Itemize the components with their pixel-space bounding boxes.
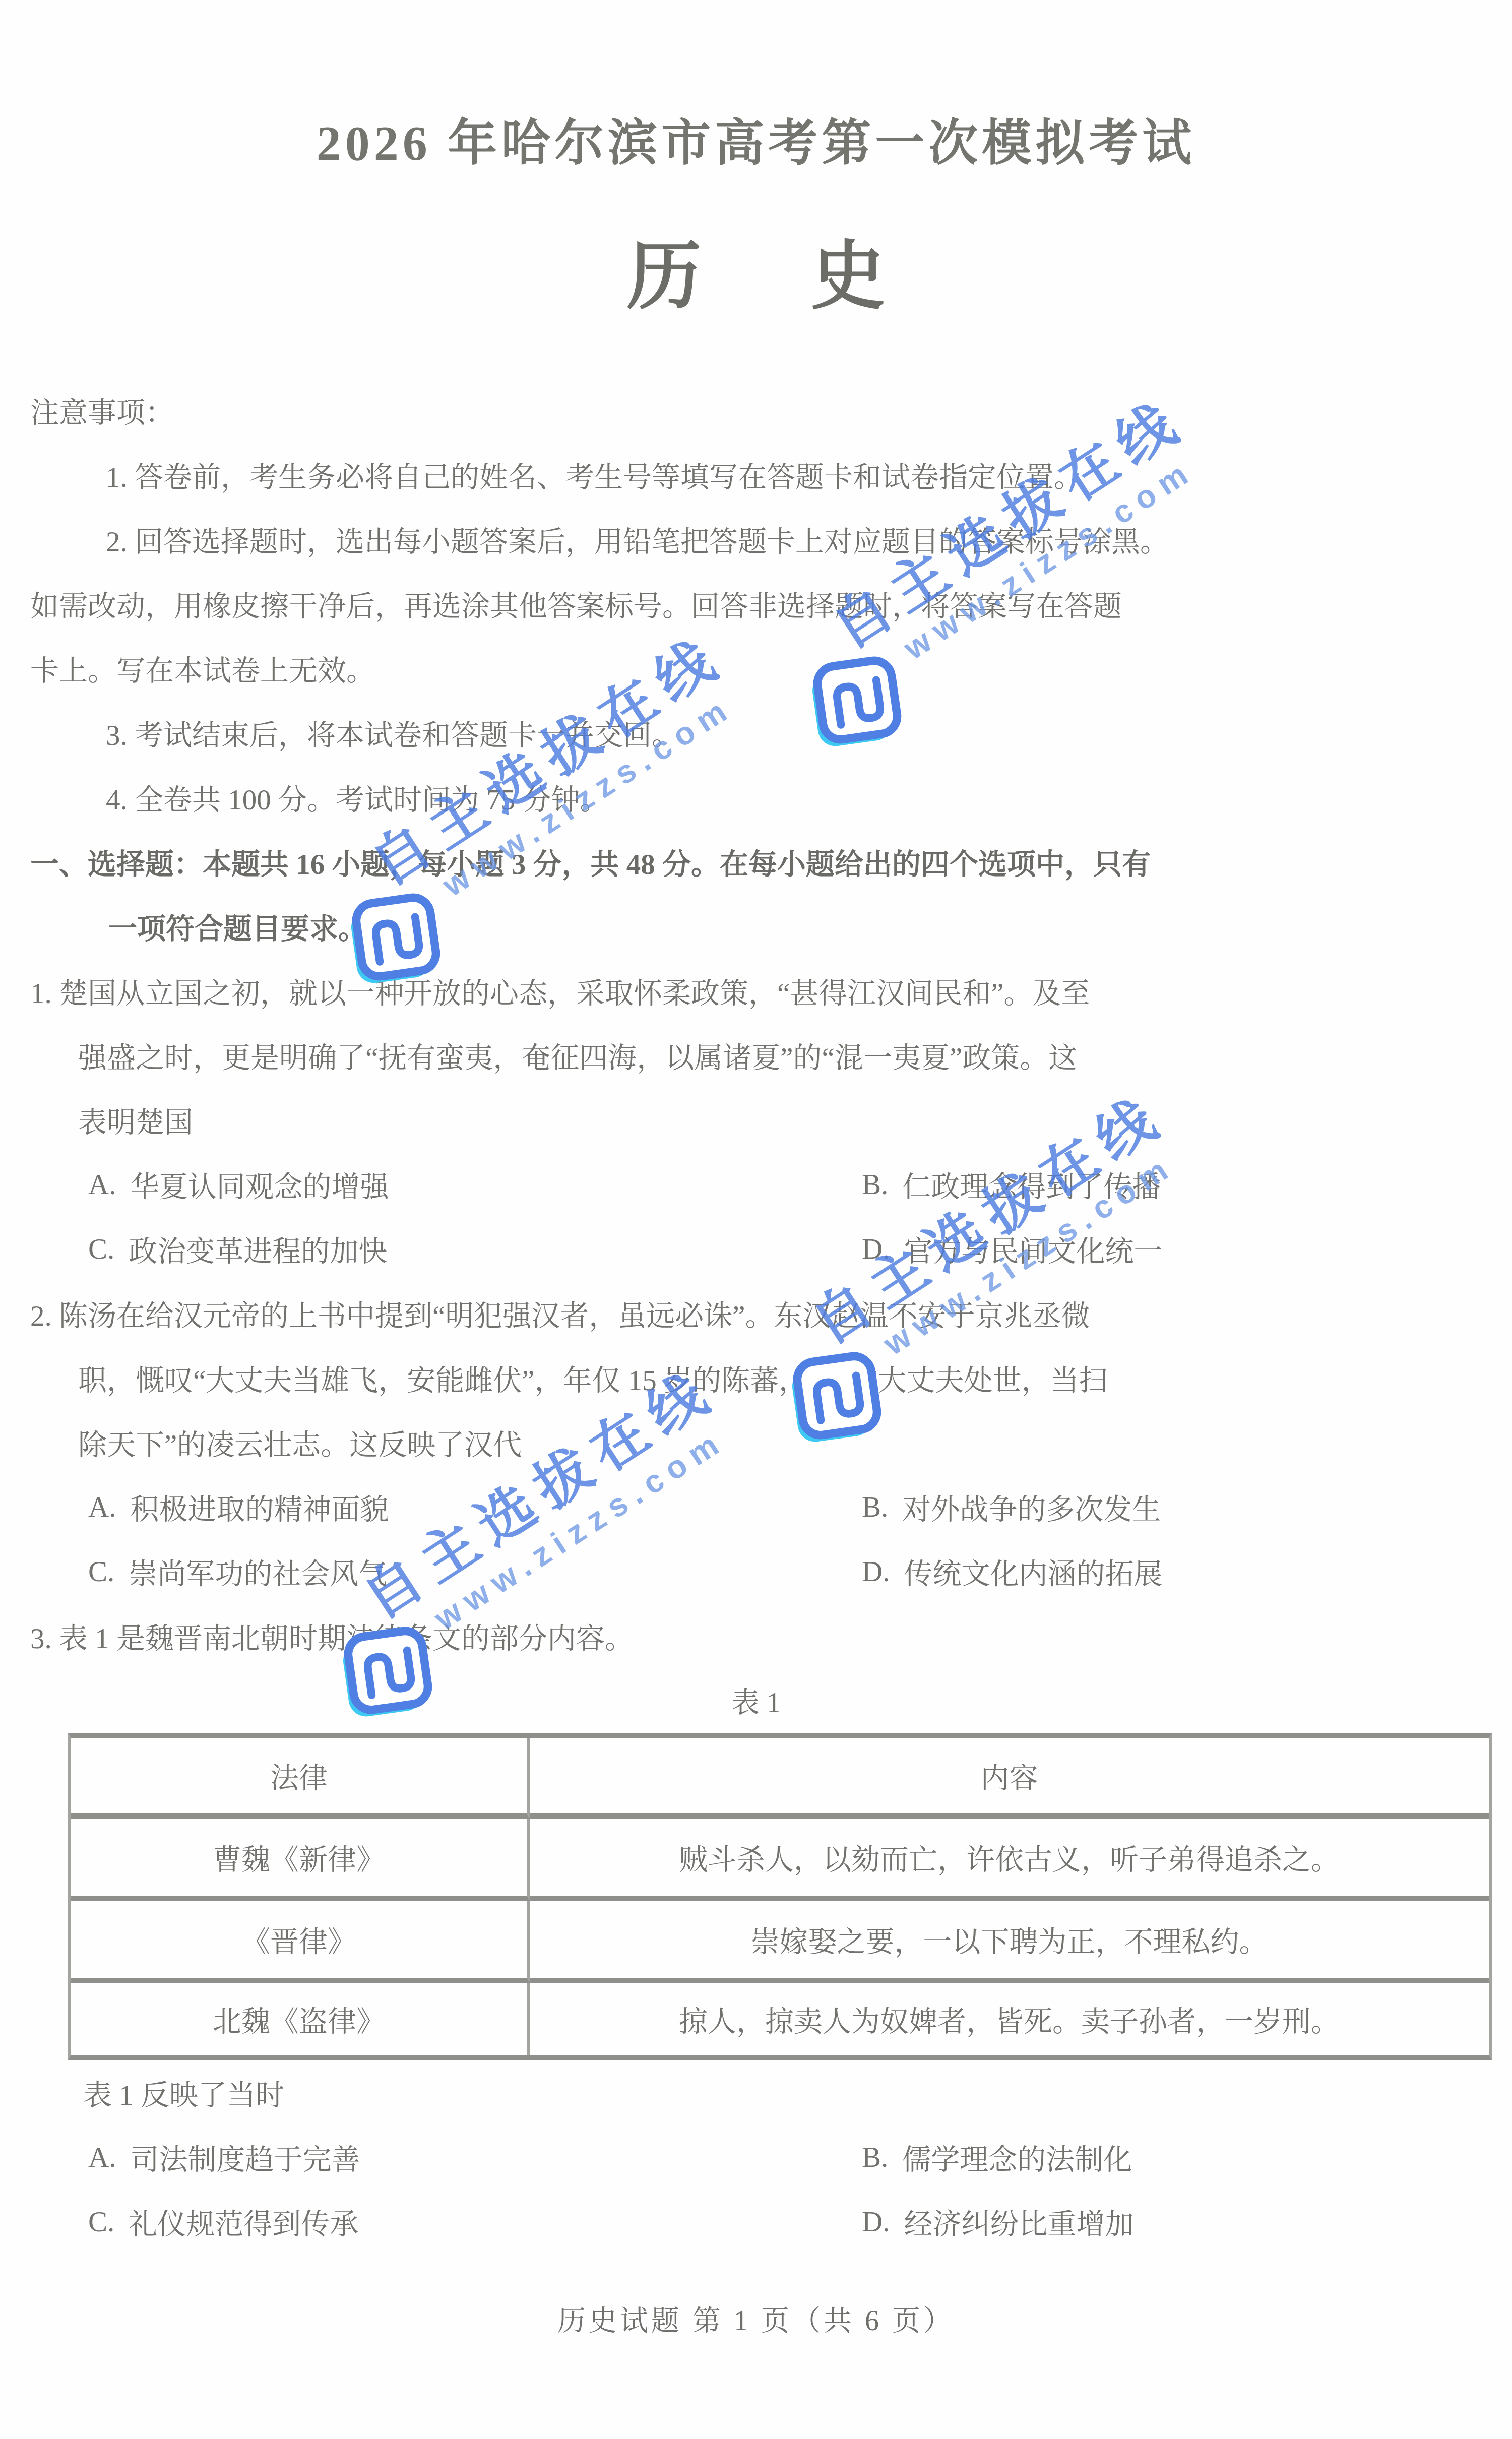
notice-item-2-line-2: 如需改动，用橡皮擦干净后，再选涂其他答案标号。回答非选择题时，将答案写在答题 — [30, 572, 1482, 636]
table-1-header-content: 内容 — [530, 1738, 1489, 1819]
question-1-line-2: 强盛之时，更是明确了“抚有蛮夷，奄征四海，以属诸夏”的“混一夷夏”政策。这 — [30, 1023, 1482, 1088]
question-2-option-c: C. 崇尚军功的社会风气 — [88, 1539, 387, 1604]
question-3-options-row-2: C. 礼仪规范得到传承 D. 经济纠纷比重增加 — [30, 2190, 1482, 2254]
exam-title: 2026 年哈尔滨市高考第一次模拟考试 — [0, 103, 1512, 174]
question-3-option-b: B. 儒学理念的法制化 — [862, 2125, 1132, 2190]
table-1: 法律 内容 曹魏《新律》 贼斗杀人，以劾而亡，许依古义，听子弟得追杀之。 《晋律… — [68, 1733, 1492, 2060]
option-text: 官方与民间文化统一 — [904, 1228, 1162, 1270]
exam-paper-page: 2026 年哈尔滨市高考第一次模拟考试 历 史 注意事项： 1. 答卷前，考生务… — [0, 0, 1512, 2439]
option-label: B. — [862, 2141, 888, 2174]
question-1-options-row-1: A. 华夏认同观念的增强 B. 仁政理念得到了传播 — [30, 1152, 1482, 1217]
option-text: 积极进取的精神面貌 — [130, 1486, 389, 1528]
question-2-option-d: D. 传统文化内涵的拓展 — [862, 1539, 1162, 1604]
question-1-option-b: B. 仁政理念得到了传播 — [862, 1152, 1161, 1217]
question-2-options-row-2: C. 崇尚军功的社会风气 D. 传统文化内涵的拓展 — [30, 1539, 1482, 1604]
option-label: D. — [862, 1233, 890, 1266]
question-1-option-a: A. 华夏认同观念的增强 — [88, 1152, 389, 1217]
question-3-options-row-1: A. 司法制度趋于完善 B. 儒学理念的法制化 — [30, 2125, 1482, 2190]
question-3-option-c: C. 礼仪规范得到传承 — [88, 2190, 358, 2254]
notice-item-3: 3. 考试结束后，将本试卷和答题卡一并交回。 — [30, 701, 1482, 765]
question-2-line-3: 除天下”的凌云壮志。这反映了汉代 — [30, 1410, 1482, 1475]
question-2-option-a: A. 积极进取的精神面貌 — [88, 1475, 389, 1539]
table-row-law: 北魏《盗律》 — [71, 1983, 530, 2055]
table-row-content: 崇嫁娶之要，一以下聘为正，不理私约。 — [530, 1901, 1489, 1983]
question-2-options-row-1: A. 积极进取的精神面貌 B. 对外战争的多次发生 — [30, 1475, 1482, 1539]
option-text: 政治变革进程的加快 — [129, 1228, 387, 1270]
option-text: 华夏认同观念的增强 — [130, 1164, 389, 1205]
notice-item-1: 1. 答卷前，考生务必将自己的姓名、考生号等填写在答题卡和试卷指定位置。 — [30, 443, 1482, 507]
notice-item-4: 4. 全卷共 100 分。考试时间为 75 分钟。 — [30, 765, 1482, 830]
option-text: 经济纠纷比重增加 — [904, 2201, 1133, 2242]
page-footer: 历史试题 第 1 页（共 6 页） — [0, 2298, 1512, 2339]
option-text: 仁政理念得到了传播 — [902, 1164, 1161, 1205]
question-2-line-2: 职，慨叹“大丈夫当雄飞，安能雌伏”，年仅 15 岁的陈蕃，也怀“大丈夫处世，当扫 — [30, 1346, 1482, 1410]
question-2-line-1: 2. 陈汤在给汉元帝的上书中提到“明犯强汉者，虽远必诛”。东汉赵温不安于京兆丞微 — [30, 1281, 1482, 1346]
table-row-law: 《晋律》 — [71, 1901, 530, 1983]
notice-item-2-line-1: 2. 回答选择题时，选出每小题答案后，用铅笔把答题卡上对应题目的答案标号涂黑。 — [30, 507, 1482, 572]
question-1-option-c: C. 政治变革进程的加快 — [88, 1217, 387, 1281]
table-row-content: 贼斗杀人，以劾而亡，许依古义，听子弟得追杀之。 — [530, 1819, 1489, 1901]
question-1-line-3: 表明楚国 — [30, 1088, 1482, 1152]
notice-heading: 注意事项： — [30, 378, 1482, 443]
option-label: B. — [862, 1168, 888, 1201]
option-text: 崇尚军功的社会风气 — [129, 1551, 387, 1592]
option-label: B. — [862, 1491, 888, 1524]
table-1-caption: 表 1 — [30, 1668, 1482, 1733]
option-label: A. — [88, 2141, 116, 2174]
table-row-law: 曹魏《新律》 — [71, 1819, 530, 1901]
table-1-header-law: 法律 — [71, 1738, 530, 1819]
notice-item-2-line-3: 卡上。写在本试卷上无效。 — [30, 636, 1482, 701]
option-label: C. — [88, 2206, 114, 2238]
exam-body: 注意事项： 1. 答卷前，考生务必将自己的姓名、考生号等填写在答题卡和试卷指定位… — [30, 378, 1482, 2254]
option-label: A. — [88, 1168, 116, 1201]
option-label: D. — [862, 2206, 890, 2238]
question-1-options-row-2: C. 政治变革进程的加快 D. 官方与民间文化统一 — [30, 1217, 1482, 1281]
section-1-heading-line-2: 一项符合题目要求。 — [30, 894, 1482, 959]
option-label: A. — [88, 1491, 116, 1524]
question-3-option-d: D. 经济纠纷比重增加 — [862, 2190, 1133, 2254]
option-text: 礼仪规范得到传承 — [129, 2201, 358, 2242]
option-label: D. — [862, 1555, 890, 1588]
subject-title: 历 史 — [0, 217, 1512, 324]
question-3-after-table: 表 1 反映了当时 — [30, 2060, 1482, 2125]
option-label: C. — [88, 1233, 114, 1266]
section-1-heading-line-1: 一、选择题：本题共 16 小题，每小题 3 分，共 48 分。在每小题给出的四个… — [30, 830, 1482, 894]
question-1-line-1: 1. 楚国从立国之初，就以一种开放的心态，采取怀柔政策，“甚得江汉间民和”。及至 — [30, 959, 1482, 1023]
question-2-option-b: B. 对外战争的多次发生 — [862, 1475, 1161, 1539]
option-text: 司法制度趋于完善 — [130, 2137, 360, 2178]
question-1-option-d: D. 官方与民间文化统一 — [862, 1217, 1162, 1281]
table-row-content: 掠人，掠卖人为奴婢者，皆死。卖子孙者，一岁刑。 — [530, 1983, 1489, 2055]
option-text: 儒学理念的法制化 — [902, 2137, 1132, 2178]
option-text: 传统文化内涵的拓展 — [904, 1551, 1162, 1592]
question-3-line-1: 3. 表 1 是魏晋南北朝时期法律条文的部分内容。 — [30, 1604, 1482, 1668]
option-text: 对外战争的多次发生 — [902, 1486, 1161, 1528]
question-3-option-a: A. 司法制度趋于完善 — [88, 2125, 360, 2190]
option-label: C. — [88, 1555, 114, 1588]
